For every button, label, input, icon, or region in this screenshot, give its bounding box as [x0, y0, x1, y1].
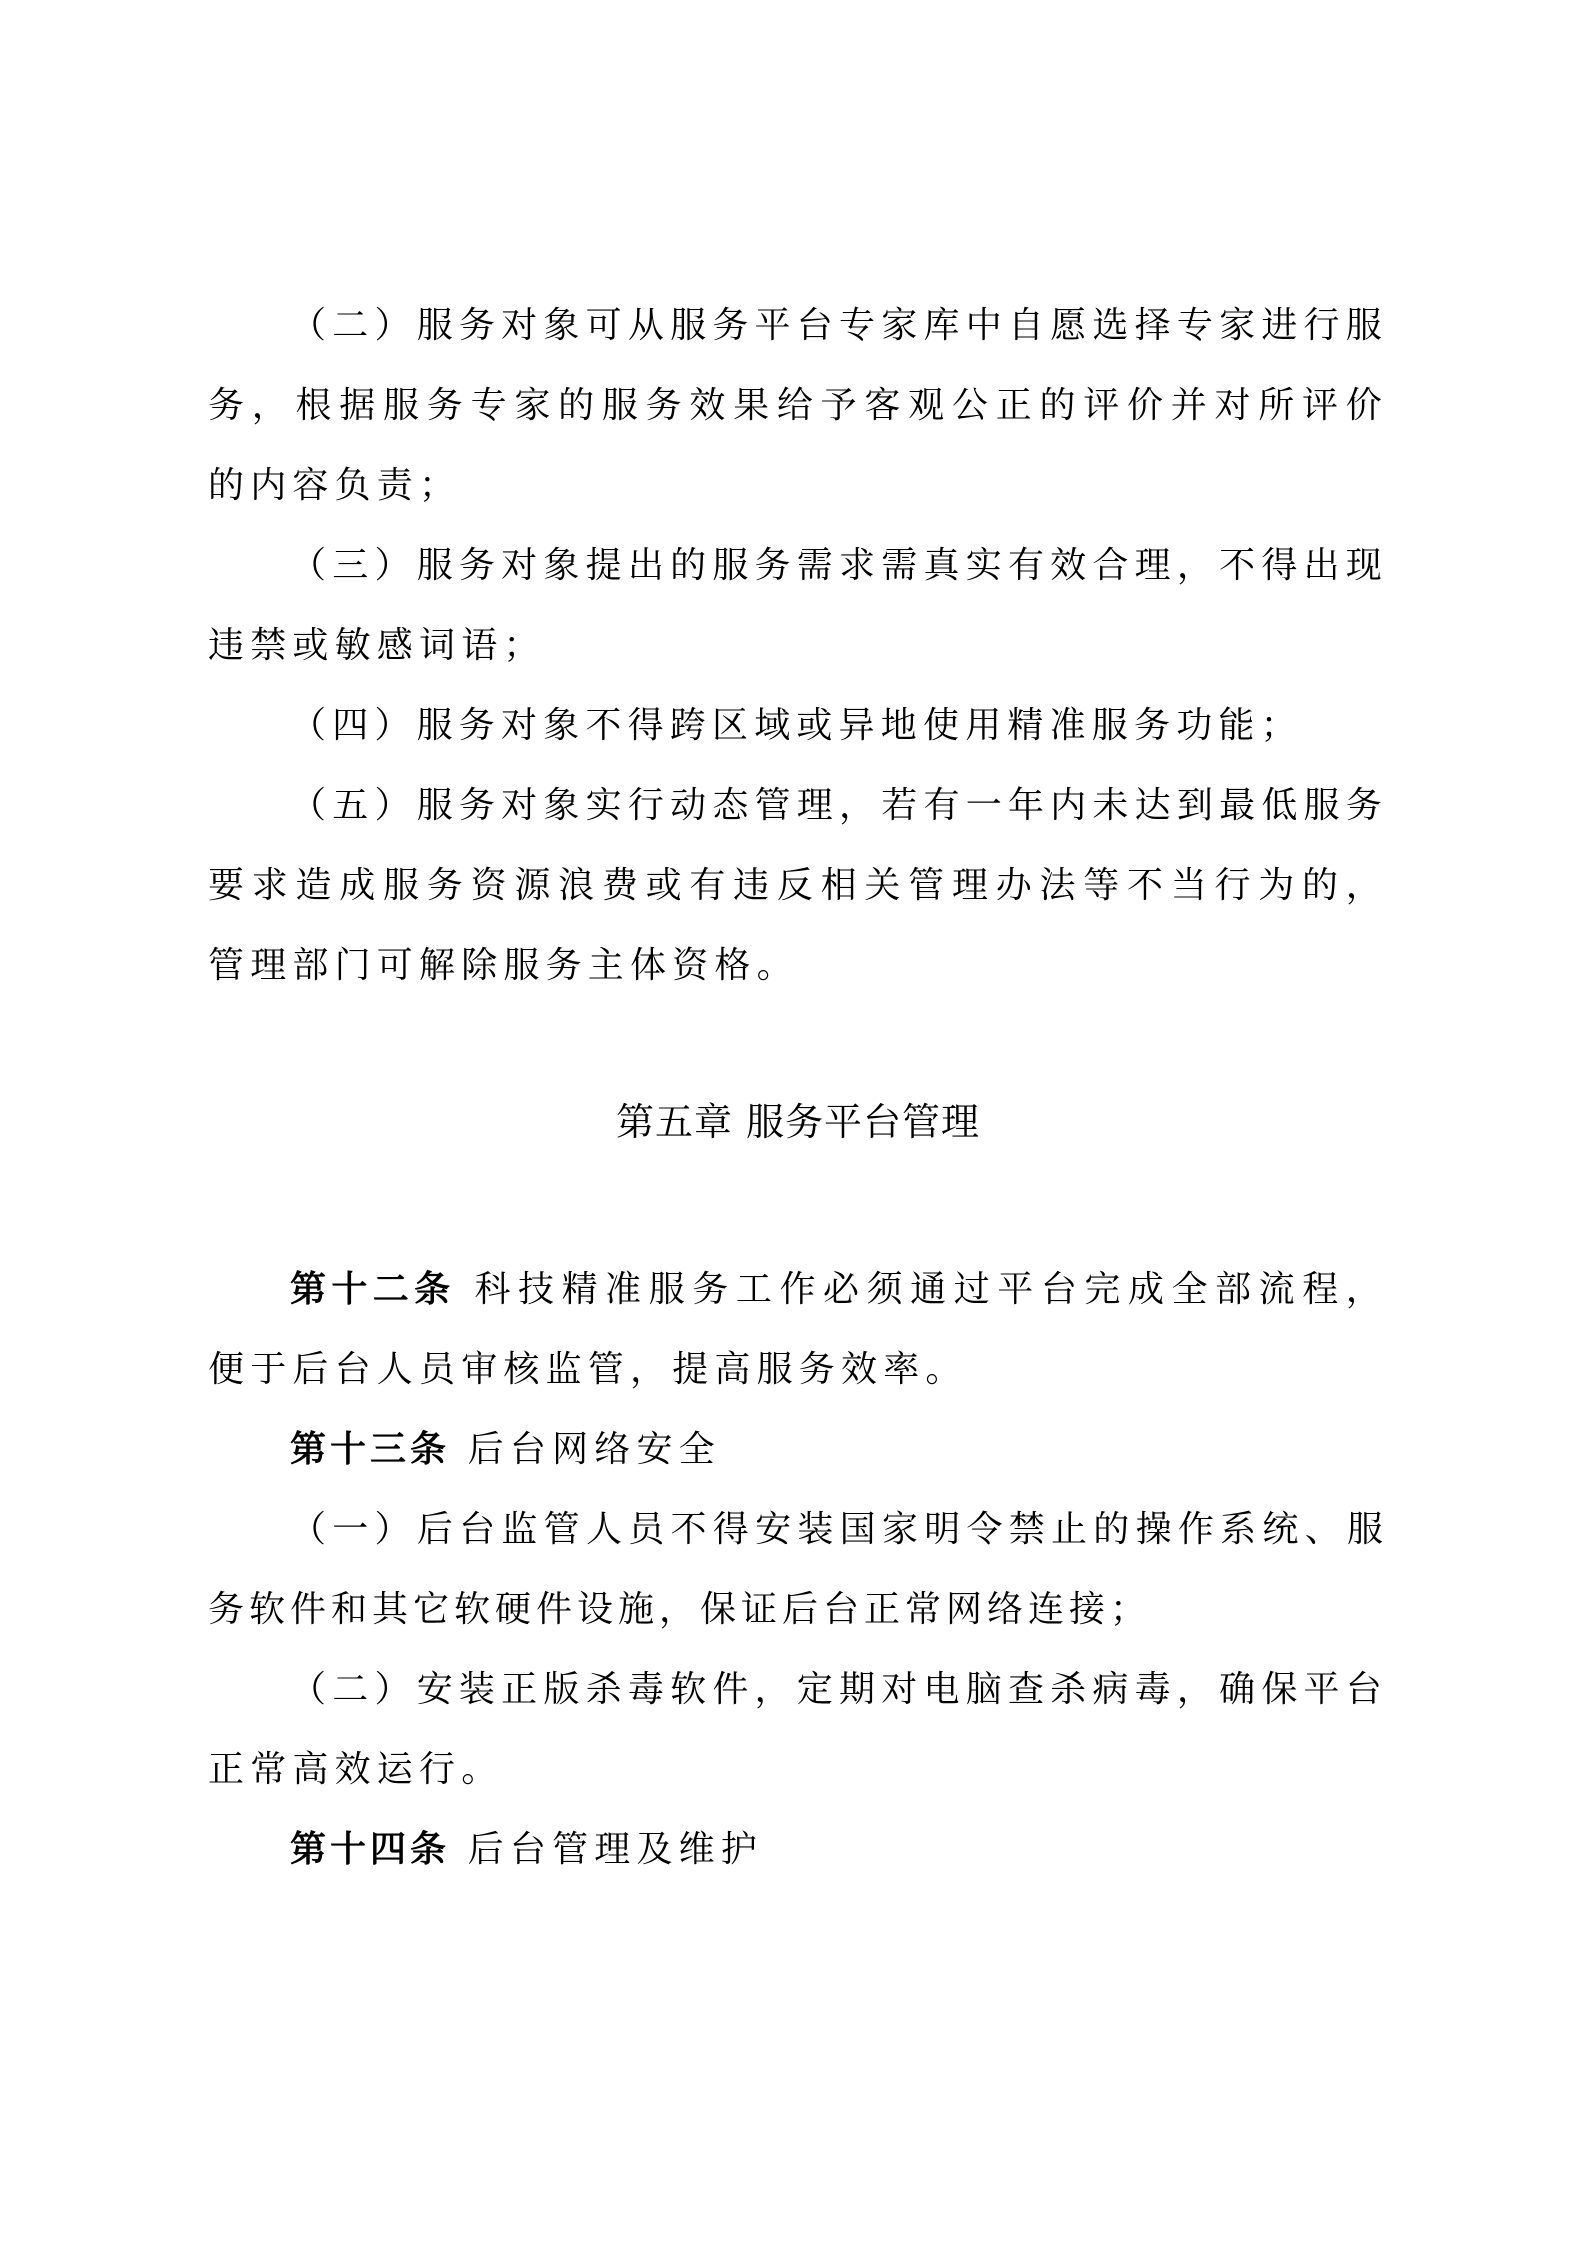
article-13-item-1: （一）后台监管人员不得安装国家明令禁止的操作系统、服务软件和其它软硬件设施，保证…	[208, 1490, 1388, 1650]
item-label: （三）	[290, 545, 417, 586]
item-label: （四）	[290, 705, 417, 746]
list-item-5: （五）服务对象实行动态管理，若有一年内未达到最低服务要求造成服务资源浪费或有违反…	[208, 766, 1388, 1006]
article-text: 后台网络安全	[468, 1429, 721, 1470]
item-text: 服务对象不得跨区域或异地使用精准服务功能；	[417, 705, 1303, 746]
article-label: 第十三条	[290, 1429, 450, 1470]
chapter-heading: 第五章 服务平台管理	[208, 1092, 1388, 1152]
article-12: 第十二条 科技精准服务工作必须通过平台完成全部流程，便于后台人员审核监管，提高服…	[208, 1250, 1388, 1410]
article-14: 第十四条 后台管理及维护	[208, 1810, 1388, 1890]
article-13: 第十三条 后台网络安全	[208, 1410, 1388, 1490]
list-item-3: （三）服务对象提出的服务需求需真实有效合理，不得出现违禁或敏感词语；	[208, 526, 1388, 686]
article-label: 第十四条	[290, 1829, 450, 1870]
item-label: （五）	[290, 785, 417, 826]
item-label: （二）	[290, 305, 417, 346]
list-item-4: （四）服务对象不得跨区域或异地使用精准服务功能；	[208, 686, 1388, 766]
article-label: 第十二条	[290, 1269, 455, 1310]
article-text: 后台管理及维护	[468, 1829, 763, 1870]
article-13-item-2: （二）安装正版杀毒软件，定期对电脑查杀病毒，确保平台正常高效运行。	[208, 1650, 1388, 1810]
item-label: （二）	[290, 1669, 417, 1710]
list-item-2: （二）服务对象可从服务平台专家库中自愿选择专家进行服务，根据服务专家的服务效果给…	[208, 286, 1388, 526]
item-label: （一）	[290, 1509, 417, 1550]
